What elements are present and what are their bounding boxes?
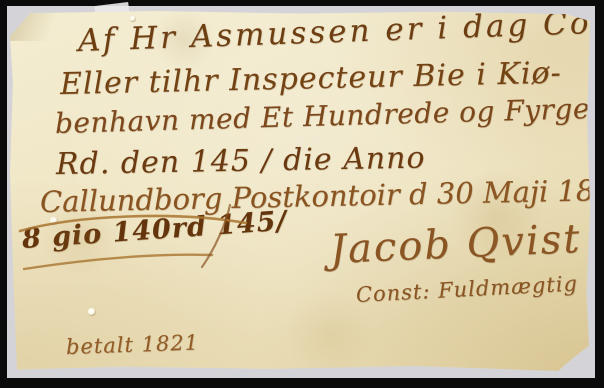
bottom-note: betalt 1821	[66, 330, 200, 359]
handwriting-line-4: Rd. den 145 / die Anno	[56, 141, 426, 182]
handwriting-line-1: Af Hr Asmussen er i dag Courant	[77, 11, 590, 59]
paper-hole	[88, 308, 95, 315]
signature-name: Jacob Qvist	[329, 216, 582, 273]
document-paper: Af Hr Asmussen er i dag Courant Eller ti…	[10, 11, 590, 371]
signature-title: Const: Fuldmægtig	[355, 271, 578, 307]
scan-background: Af Hr Asmussen er i dag Courant Eller ti…	[7, 6, 595, 378]
photo-frame: Af Hr Asmussen er i dag Courant Eller ti…	[0, 0, 604, 388]
paper-fold-top-left	[10, 11, 88, 41]
